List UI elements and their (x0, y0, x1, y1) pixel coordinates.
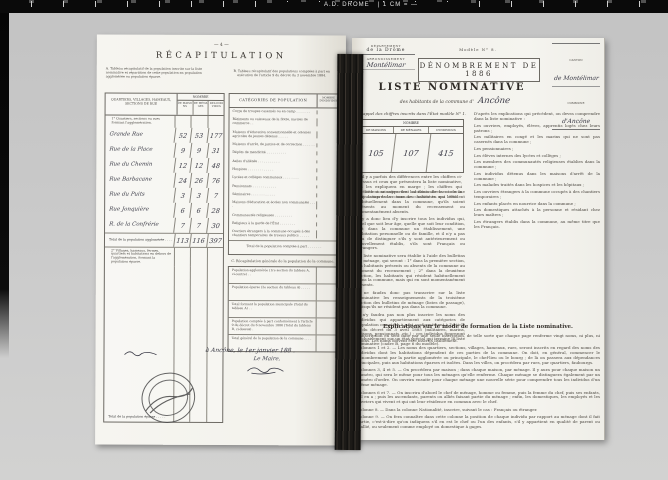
intro-b: B. Tableau récapitulatif des populations… (229, 69, 335, 77)
film-ruler-bar: A.D. DROME | 1 CM = — (0, 0, 668, 13)
film-edge-strip (0, 13, 9, 358)
category-row: Religieux à la garde de l'État . . . . .… (229, 222, 339, 226)
rappel-val-individus: 415 (426, 134, 466, 172)
col-individus: DES INDIVIDUS (208, 101, 224, 115)
denombrement-title: DÉNOMBREMENT DE 1886 (418, 58, 540, 82)
explications-heading: Explications sur le mode de formation de… (352, 324, 604, 330)
category-row: Ouvriers étrangers à la commune occupés … (229, 230, 339, 238)
section-c-row: Population agglomérée (1re section du ta… (229, 267, 339, 284)
table-b-header: CATÉGORIES DE POPULATION NOMBRE D'INDIVI… (230, 94, 340, 108)
category-row: Maisons d'arrêt, de justice et de correc… (229, 143, 339, 147)
rappel-col-menages: DE MÉNAGES (393, 127, 428, 133)
category-row: Communautés religieuses . . . . . . . . … (229, 214, 339, 218)
subtitle: des habitants de la commune d' Ancône (360, 96, 550, 106)
intro-a: A. Tableau récapitulatif de la populatio… (106, 66, 218, 78)
table-a-header-col: QUARTIERS, VILLAGES, HAMEAUX, SECTIONS D… (106, 93, 177, 114)
category-row: Séminaires . . . . . . . . . . . . (229, 193, 339, 197)
table-row: Rue de la Place 9 9 31 (105, 142, 223, 158)
category-row: Bâtiments ou vaisseaux de la flotte, nav… (229, 118, 339, 126)
col-menages: DE MÉNAGES (192, 101, 208, 115)
table-row: Rue du Chemin 12 12 48 (105, 157, 223, 173)
section2-label-row: 2° Villages, hameaux, fermes, quartiers … (105, 247, 223, 267)
archive-label: A.D. DROME (324, 2, 370, 8)
place-date: à Ancône, le 1er janvier 188 . (205, 347, 295, 354)
category-row: Lycées et collèges communaux . . . . . .… (229, 176, 339, 180)
section-c-row: Population comptée à part conformément à… (229, 318, 339, 335)
rappel-nombre: NOMBRE (359, 120, 463, 127)
recap-title: RÉCAPITULATION (97, 50, 346, 61)
total-agglomeree-row: Total de la population agglomérée . . . … (105, 232, 223, 248)
table-b-categories: CATÉGORIES DE POPULATION NOMBRE D'INDIVI… (228, 93, 341, 255)
rappel-col-individus: D'INDIVIDUS (428, 127, 463, 133)
explications-paragraphs: L'inscription en sera faite par une seul… (357, 334, 600, 432)
instructions-right-column: D'après les explications qui précèdent, … (474, 112, 600, 232)
liste-nominative-title: LISTE NOMINATIVE (352, 82, 552, 93)
table-row: Rue Barbacane 24 26 76 (105, 172, 223, 188)
signed-by: Le Maire, (253, 356, 281, 362)
table-a-header: QUARTIERS, VILLAGES, HAMEAUX, SECTIONS D… (106, 93, 224, 116)
film-caption: A.D. DROME | 1 CM = — (280, 2, 462, 8)
table-row: Rue du Puits 3 3 7 (105, 187, 223, 203)
table-b-total: Total de la population comptée à part . … (229, 240, 339, 254)
left-page-recapitulation: — 4 — RÉCAPITULATION A. Tableau récapitu… (95, 34, 346, 445)
section-c-row: Population éparse (2e section du tableau… (229, 284, 339, 301)
table-row: R. de la Confrérie 7 7 30 (105, 217, 223, 233)
commune-handwritten: Ancône (478, 96, 511, 106)
col-maisons: DE MAISONS (178, 101, 193, 115)
section-c-table: Population agglomérée (1re section du ta… (228, 266, 340, 352)
signature-scribble-left (123, 349, 157, 359)
microfilm-scan-viewer: A.D. DROME | 1 CM = — — 4 — RÉCAPITULATI… (0, 0, 668, 480)
category-row: Asiles d'aliénés . . . . . . . . . . . (229, 160, 339, 164)
arrondissement-value: Montélimar (356, 61, 415, 70)
canton-row: CANTON de Montélimar (552, 44, 600, 87)
page-number: — 4 — (97, 42, 346, 48)
scale-label: | 1 CM = — (378, 2, 418, 8)
rappel-val-menages: 107 (391, 134, 431, 172)
category-row: Maisons d'éducation et écoles non commun… (229, 201, 339, 209)
canton-value: de Montélimar (553, 75, 599, 82)
rappel-caption: Rappel des chiffres inscrits dans l'État… (360, 111, 466, 116)
signature-scribble-right (245, 363, 285, 375)
category-row: Hospices . . . . . . . . . . . . . (229, 168, 339, 172)
table-row: Rue Jonquière 6 6 28 (105, 202, 223, 218)
category-row: Dépôts de mendicité . . . . . . . . . . (229, 151, 339, 155)
section-c-row: Total formant la population municipale (… (229, 301, 339, 318)
rappel-col-maisons: DE MAISONS (359, 127, 393, 133)
rappel-table: NOMBRE DE MAISONS DE MÉNAGES D'INDIVIDUS… (358, 119, 464, 173)
table-row: Grande Rue 52 53 177 (105, 127, 223, 143)
book-spine (335, 54, 364, 450)
category-row: Corps de troupes casernés ou en camp . .… (230, 110, 340, 114)
section-c-heading: C. Récapitulation générale de la populat… (228, 259, 338, 263)
category-row: Pensionnats . . . . . . . . . . . . (229, 185, 339, 189)
category-row: Maisons d'éducation conventionnelle et c… (229, 131, 339, 139)
section1-label-row: 1° Quartiers, sections ou rues formant l… (105, 115, 223, 127)
right-page-liste-nominative: DÉPARTEMENT de la Drôme ARRONDISSEMENT M… (352, 38, 605, 440)
